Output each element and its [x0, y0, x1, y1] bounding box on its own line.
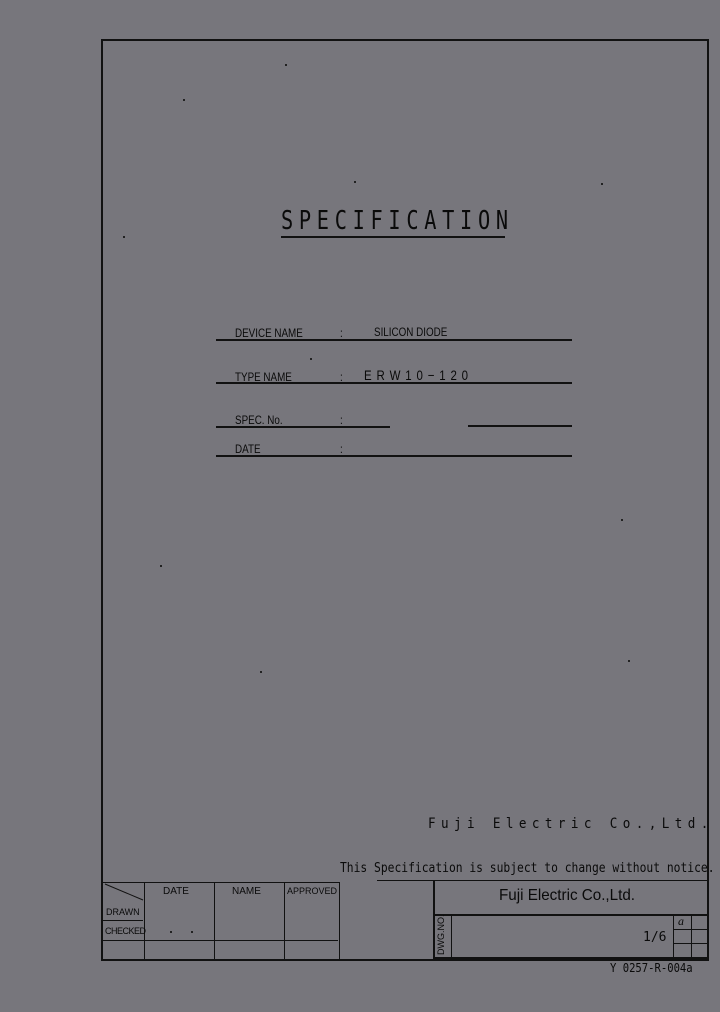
type-name-line [216, 382, 572, 384]
change-notice: This Specification is subject to change … [340, 861, 715, 876]
type-name-value: E R W 1 0 − 1 2 0 [364, 367, 469, 383]
approval-bottom-row-line [103, 940, 338, 941]
form-code: Y 0257-R-004a [610, 961, 693, 975]
dwg-row-bottom-line [433, 957, 709, 959]
scan-speck [601, 183, 603, 185]
company-signature: Fuji Electric Co.,Ltd. [428, 816, 714, 832]
spec-no-line-right [468, 425, 572, 427]
revision-grid-left [673, 914, 674, 958]
row-drawn: DRAWN [106, 907, 140, 917]
revision-mark: a [678, 914, 684, 929]
scan-speck [170, 931, 172, 933]
approval-col-line-2 [214, 882, 215, 960]
scan-speck [621, 519, 623, 521]
company-box-bottom-line [433, 914, 709, 916]
scan-speck [123, 236, 125, 238]
dwg-no-label: DWG.NO. [436, 915, 446, 956]
date-label: DATE [235, 442, 261, 456]
revision-grid-mid [691, 914, 692, 958]
scan-speck [354, 181, 356, 183]
page-count: 1/6 [643, 930, 666, 945]
date-line [216, 455, 572, 457]
document-title: SPECIFICATION [281, 206, 514, 236]
drawn-row-line [103, 920, 143, 921]
row-checked: CHECKED [105, 926, 146, 936]
corner-diagonal-icon [103, 882, 145, 902]
dwg-label-divider [451, 914, 452, 958]
device-name-colon: : [340, 326, 343, 340]
frame-border-top [101, 39, 709, 41]
scan-speck [260, 671, 262, 673]
header-approved: APPROVED [287, 886, 337, 896]
header-name: NAME [232, 886, 261, 897]
title-block-company: Fuji Electric Co.,Ltd. [499, 887, 635, 905]
revision-grid-row-1 [673, 929, 709, 930]
device-name-label: DEVICE NAME [235, 326, 303, 340]
header-date: DATE [163, 886, 189, 897]
frame-border-left [101, 39, 103, 961]
scan-speck [183, 99, 185, 101]
date-colon: : [340, 442, 343, 456]
company-box-left-line [433, 880, 435, 960]
scan-speck [160, 565, 162, 567]
title-block-top-line [377, 880, 709, 881]
scan-speck [285, 64, 287, 66]
spec-no-colon: : [340, 413, 343, 427]
scan-speck [191, 931, 193, 933]
spec-no-line-left [216, 426, 390, 428]
title-underline [281, 236, 505, 238]
approval-col-line-4 [339, 882, 340, 960]
device-name-line [216, 339, 572, 341]
scan-speck [310, 358, 312, 360]
scan-speck [628, 660, 630, 662]
device-name-value: SILICON DIODE [374, 325, 447, 339]
spec-no-label: SPEC. No. [235, 413, 283, 427]
approval-col-line-3 [284, 882, 285, 960]
revision-grid-row-2 [673, 943, 709, 944]
